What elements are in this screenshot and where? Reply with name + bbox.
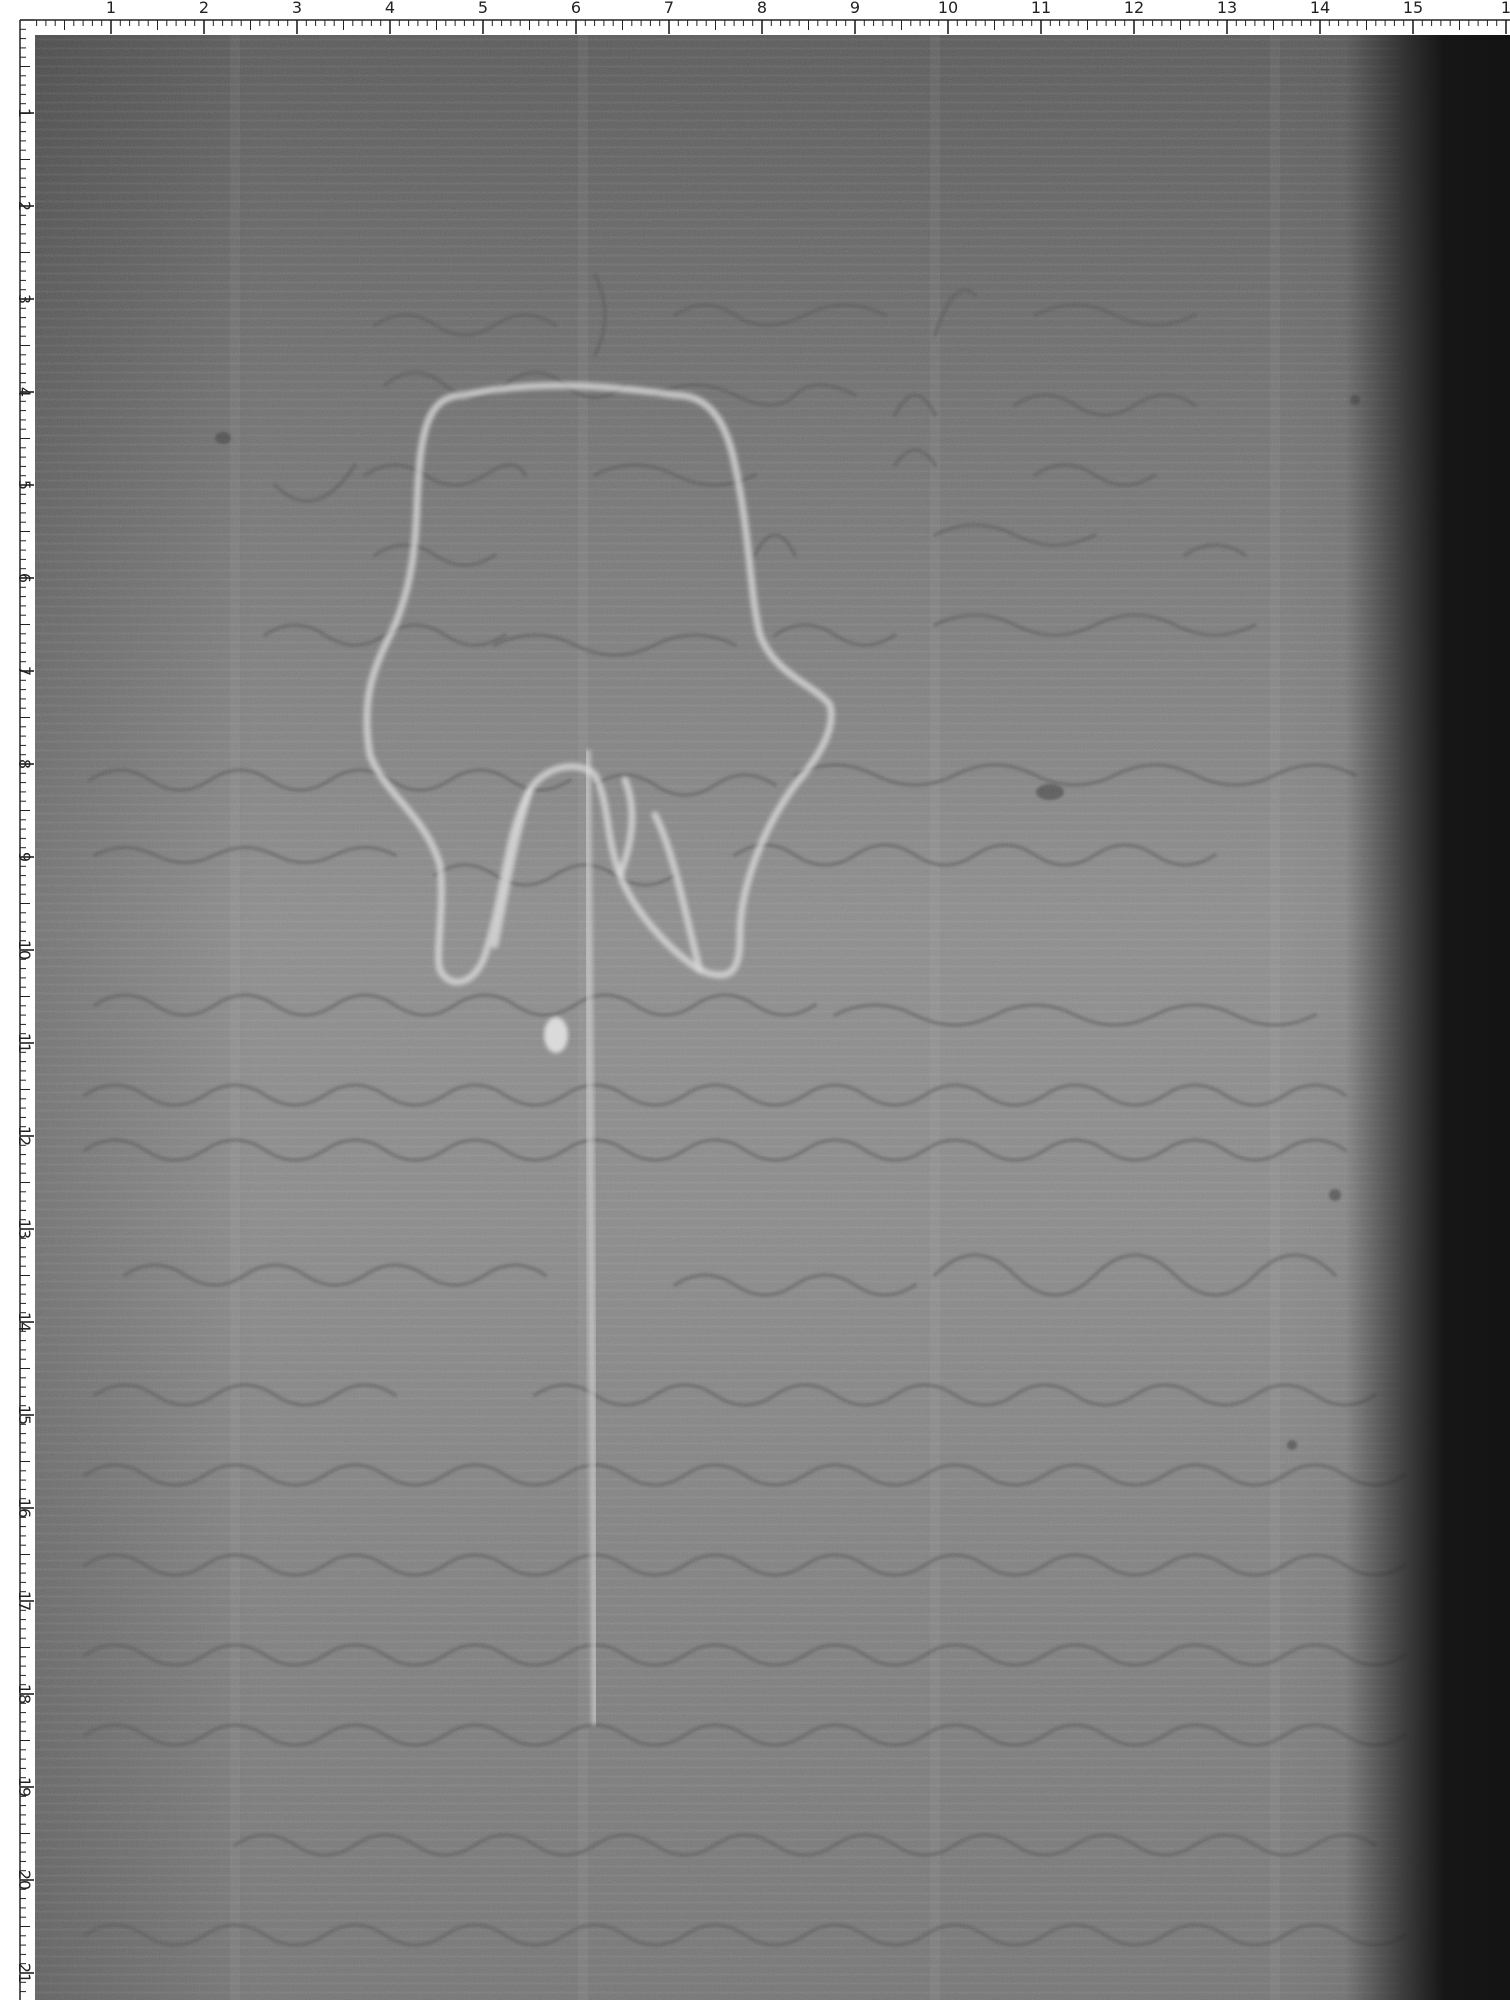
horizontal-ruler: 01234567891011121314151: [0, 0, 1510, 34]
ruler-v-label: 20: [16, 1870, 32, 1890]
ruler-h-label: 8: [757, 0, 767, 16]
ruler-h-label: 11: [1031, 0, 1051, 16]
ruler-v-label: 6: [16, 573, 32, 583]
ruler-v-label: 18: [16, 1684, 32, 1704]
ruler-v-label: 3: [16, 294, 32, 304]
ruler-h-label: 10: [938, 0, 958, 16]
ruler-v-label: 14: [16, 1312, 32, 1332]
ruler-h-label: 6: [571, 0, 581, 16]
ruler-h-label: 13: [1217, 0, 1237, 16]
ruler-v-label: 4: [16, 387, 32, 397]
ruler-v-label: 11: [16, 1033, 32, 1053]
ruler-h-label: 14: [1310, 0, 1330, 16]
ruler-h-label: 7: [664, 0, 674, 16]
ruler-v-label: 1: [16, 108, 32, 118]
dark-page-edge: [1345, 35, 1510, 2000]
ruler-v-label: 2: [16, 201, 32, 211]
ruler-v-label: 21: [16, 1963, 32, 1983]
ruler-h-label: 1: [106, 0, 116, 16]
ruler-h-label: 12: [1124, 0, 1144, 16]
ruler-h-label: 9: [850, 0, 860, 16]
ruler-h-label: 2: [199, 0, 209, 16]
manuscript-image: [35, 35, 1510, 2000]
ruler-v-label: 10: [16, 940, 32, 960]
ruler-v-label: 19: [16, 1777, 32, 1797]
film-grain: [35, 35, 1510, 2000]
ruler-v-label: 5: [16, 480, 32, 490]
ruler-v-label: 17: [16, 1591, 32, 1611]
vertical-ruler: 123456789101112131415161718192021: [0, 0, 34, 2000]
ruler-h-label: 1: [1501, 0, 1510, 16]
ruler-v-label: 15: [16, 1405, 32, 1425]
manuscript-photo: [35, 35, 1510, 2000]
ruler-h-label: 5: [478, 0, 488, 16]
ruler-v-label: 8: [16, 759, 32, 769]
ruler-v-label: 7: [16, 666, 32, 676]
ruler-v-label: 12: [16, 1126, 32, 1146]
ruler-v-label: 9: [16, 852, 32, 862]
ruler-v-label: 16: [16, 1498, 32, 1518]
ruler-h-label: 3: [292, 0, 302, 16]
ruler-v-label: 13: [16, 1219, 32, 1239]
ruler-h-label: 15: [1403, 0, 1423, 16]
ruler-h-label: 4: [385, 0, 395, 16]
